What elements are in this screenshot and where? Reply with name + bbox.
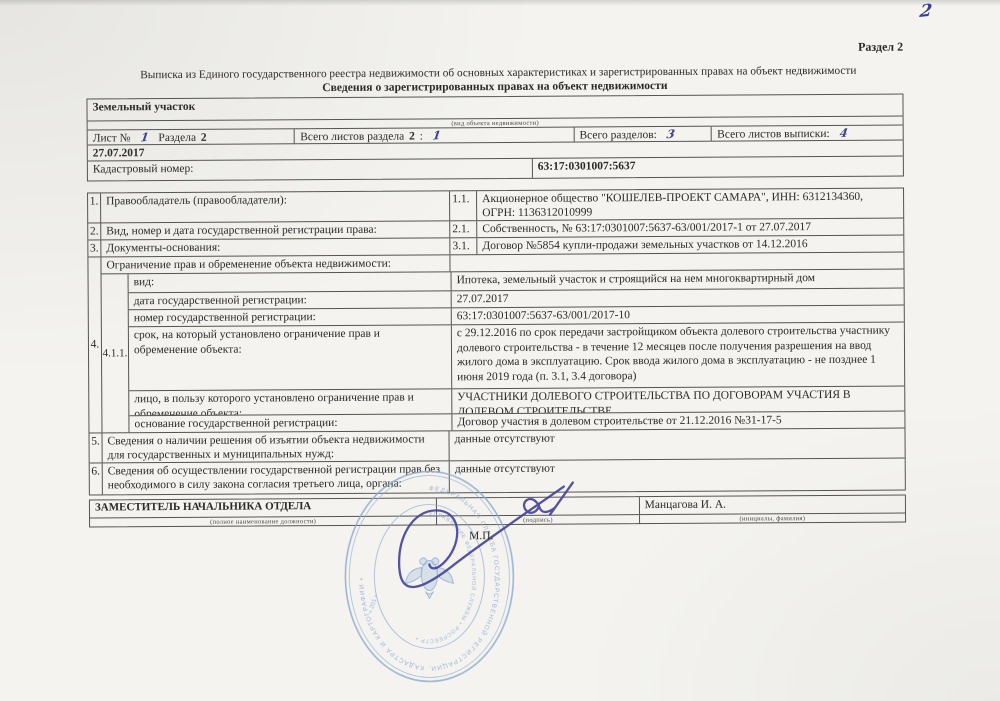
handwritten-total-extract-sheets: 4 [839,127,849,139]
row-subnumber: 3.1. [449,238,476,254]
table-row: 5. Сведения о наличии решения об изъятии… [89,428,904,463]
row-value: с 29.12.2016 по срок передачи застройщик… [451,323,904,389]
row-number: 1. [88,193,100,222]
row-label: срок, на который установлено ограничение… [129,326,451,391]
header-table: Земельный участок (вид объекта недвижимо… [86,94,903,182]
total-sheets-label: Всего листов раздела [300,131,404,144]
row-value: данные отсутствуют [449,429,905,461]
document-content: 2 Раздел 2 Выписка из Единого государств… [0,0,1000,701]
total-extract-sheets-cell: Всего листов выписки: 4 [711,126,903,141]
row-value: Собственность, № 63:17:0301007:5637-63/0… [476,219,903,238]
restriction-body: 4.1.1. вид: Ипотека, земельный участок и… [102,270,905,433]
cadastral-number: 63:17:0301007:5637 [532,157,903,178]
restriction-block: 4. Ограничение прав и обременение объект… [88,252,904,433]
total-sheets-section-number: 2 [407,131,417,144]
sheet-label: Лист № [93,132,131,144]
table-row: лицо, в пользу которого установлено огра… [129,386,904,416]
handwritten-total-sections: 3 [666,129,676,141]
scanned-document-page: 2 Раздел 2 Выписка из Единого государств… [0,0,1000,701]
total-sections-label: Всего разделов: [579,129,656,141]
row-label: вид: [129,273,451,293]
restriction-header-value [449,253,903,272]
row-value: Договор участия в долевом строительстве … [451,412,904,431]
row-value: 27.07.2017 [451,289,904,308]
handwritten-sheet-number: 1 [140,132,150,144]
row-value: Акционерное общество "КОШЕЛЕВ-ПРОЕКТ САМ… [476,189,903,221]
cadastral-label: Кадастровый номер: [88,159,532,181]
total-extract-sheets-label: Всего листов выписки: [717,128,830,141]
row-number: 3. [88,240,100,256]
handwritten-page-number: 2 [918,1,933,22]
row-label: номер государственной регистрации: [129,309,451,327]
official-name: Манцагова И. А. [639,496,905,515]
pen-signature [386,465,587,626]
row-number: 2. [88,223,100,239]
total-sheets-cell: Всего листов раздела 2 : 1 [294,128,573,144]
restriction-header: Ограничение прав и обременение объекта н… [101,255,449,274]
handwritten-total-sheets: 1 [432,130,442,142]
row-subnumber: 2.1. [449,221,476,237]
restriction-rows: вид: Ипотека, земельный участок и строящ… [128,270,905,433]
row-number: 6. [90,463,102,494]
row-label: основание государственной регистрации: [129,415,451,433]
section-label: Раздел 2 [86,40,903,60]
row-value: 63:17:0301007:5637-63/001/2017-10 [451,306,904,325]
stamp-place-mark: М.П. [469,530,493,542]
total-sections-cell: Всего разделов: 3 [573,127,711,142]
row-number: 4. [88,257,101,432]
row-value: Договор №5854 купли-продажи земельных уч… [476,236,903,255]
row-label: Вид, номер и дата государственной регист… [100,221,449,239]
row-value: УЧАСТНИКИ ДОЛЕВОГО СТРОИТЕЛЬСТВА ПО ДОГО… [451,387,904,414]
restriction-content: Ограничение прав и обременение объекта н… [100,253,904,433]
row-label: лицо, в пользу которого установлено огра… [129,390,451,416]
row-label: Правообладатель (правообладатели): [100,191,449,222]
row-value: Ипотека, земельный участок и строящийся … [451,270,904,291]
name-caption: (инициалы, фамилия) [639,514,905,525]
row-label: Сведения о наличии решения об изъятии об… [101,431,448,462]
row-label: дата государственной регистрации: [129,292,451,310]
colon: : [420,130,423,142]
sheet-section-number: 2 [199,132,209,145]
row-subnumber: 1.1. [449,191,476,220]
table-row: 1. Правообладатель (правообладатели): 1.… [88,189,903,223]
row-number: 5. [89,433,101,462]
row-label: Документы-основания: [100,238,449,256]
rights-table: 1. Правообладатель (правообладатели): 1.… [87,188,906,496]
sheet-number-cell: Лист № 1 Раздела 2 [88,129,295,144]
sheet-section-word: Раздела [158,132,196,144]
row-subnumber: 4.1.1. [102,275,129,433]
table-row: срок, на который установлено ограничение… [129,322,904,391]
